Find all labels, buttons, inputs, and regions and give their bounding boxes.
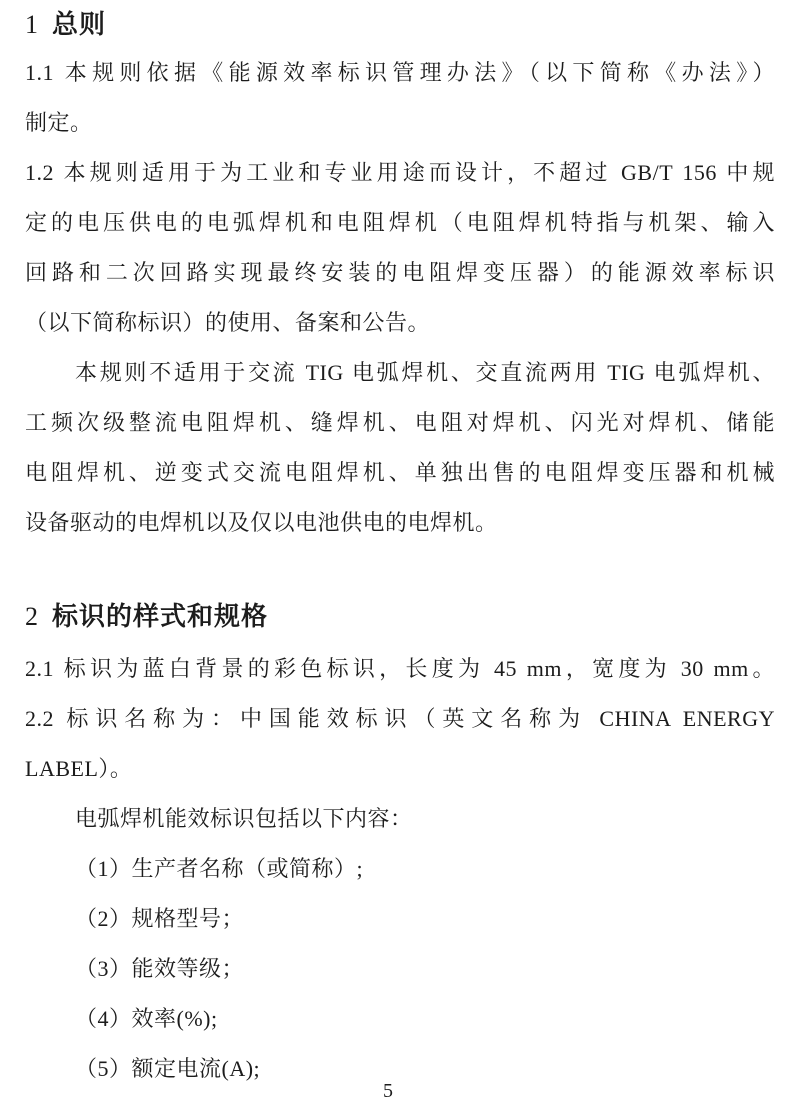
section-1-heading: 1总则 (25, 0, 775, 48)
paragraph-1-2-line: 回路和二次回路实现最终安装的电阻焊变压器）的能源效率标识 (25, 248, 775, 298)
label-content-item-2: （2）规格型号； (25, 894, 775, 944)
section-general-provisions: 1总则 1.1 本规则依据《能源效率标识管理办法》（以下简称《办法》） 制定。 … (25, 0, 775, 548)
section-label-style-and-spec: 2标识的样式和规格 2.1 标识为蓝白背景的彩色标识，长度为 45 mm，宽度为… (25, 592, 775, 1094)
section-2-heading-title: 标识的样式和规格 (52, 601, 268, 631)
page-footer: 5 (0, 1078, 776, 1104)
paragraph-1-2-line: 1.2 本规则适用于为工业和专业用途而设计，不超过 GB/T 156 中规 (25, 148, 775, 198)
paragraph-exclusions-line: 工频次级整流电阻焊机、缝焊机、电阻对焊机、闪光对焊机、储能 (25, 398, 775, 448)
document-page: 1总则 1.1 本规则依据《能源效率标识管理办法》（以下简称《办法》） 制定。 … (0, 0, 800, 1117)
section-1-heading-title: 总则 (52, 9, 106, 39)
paragraph-exclusions-line: 本规则不适用于交流 TIG 电弧焊机、交直流两用 TIG 电弧焊机、 (25, 348, 775, 398)
paragraph-2-2-line: 2.2 标识名称为：中国能效标识（英文名称为 CHINA ENERGY (25, 694, 775, 744)
label-contents-intro-line: 电弧焊机能效标识包括以下内容： (25, 794, 775, 844)
paragraph-exclusions-line: 电阻焊机、逆变式交流电阻焊机、单独出售的电阻焊变压器和机械 (25, 448, 775, 498)
label-content-item-4: （4）效率(%); (25, 994, 775, 1044)
section-1-heading-number: 1 (25, 10, 38, 39)
section-2-heading: 2标识的样式和规格 (25, 592, 775, 640)
paragraph-1-2-line: 定的电压供电的电弧焊机和电阻焊机（电阻焊机特指与机架、输入 (25, 198, 775, 248)
section-2-heading-number: 2 (25, 602, 38, 631)
page-number: 5 (383, 1080, 393, 1102)
paragraph-2-1-line: 2.1 标识为蓝白背景的彩色标识，长度为 45 mm，宽度为 30 mm。 (25, 644, 775, 694)
paragraph-1-2-line: （以下简称标识）的使用、备案和公告。 (25, 298, 775, 348)
label-content-item-1: （1）生产者名称（或简称）; (25, 844, 775, 894)
paragraph-1-1-line: 1.1 本规则依据《能源效率标识管理办法》（以下简称《办法》） (25, 48, 775, 98)
label-content-item-3: （3）能效等级； (25, 944, 775, 994)
paragraph-2-2-line: LABEL）。 (25, 744, 775, 794)
paragraph-exclusions-line: 设备驱动的电焊机以及仅以电池供电的电焊机。 (25, 498, 775, 548)
paragraph-1-1-line: 制定。 (25, 98, 775, 148)
